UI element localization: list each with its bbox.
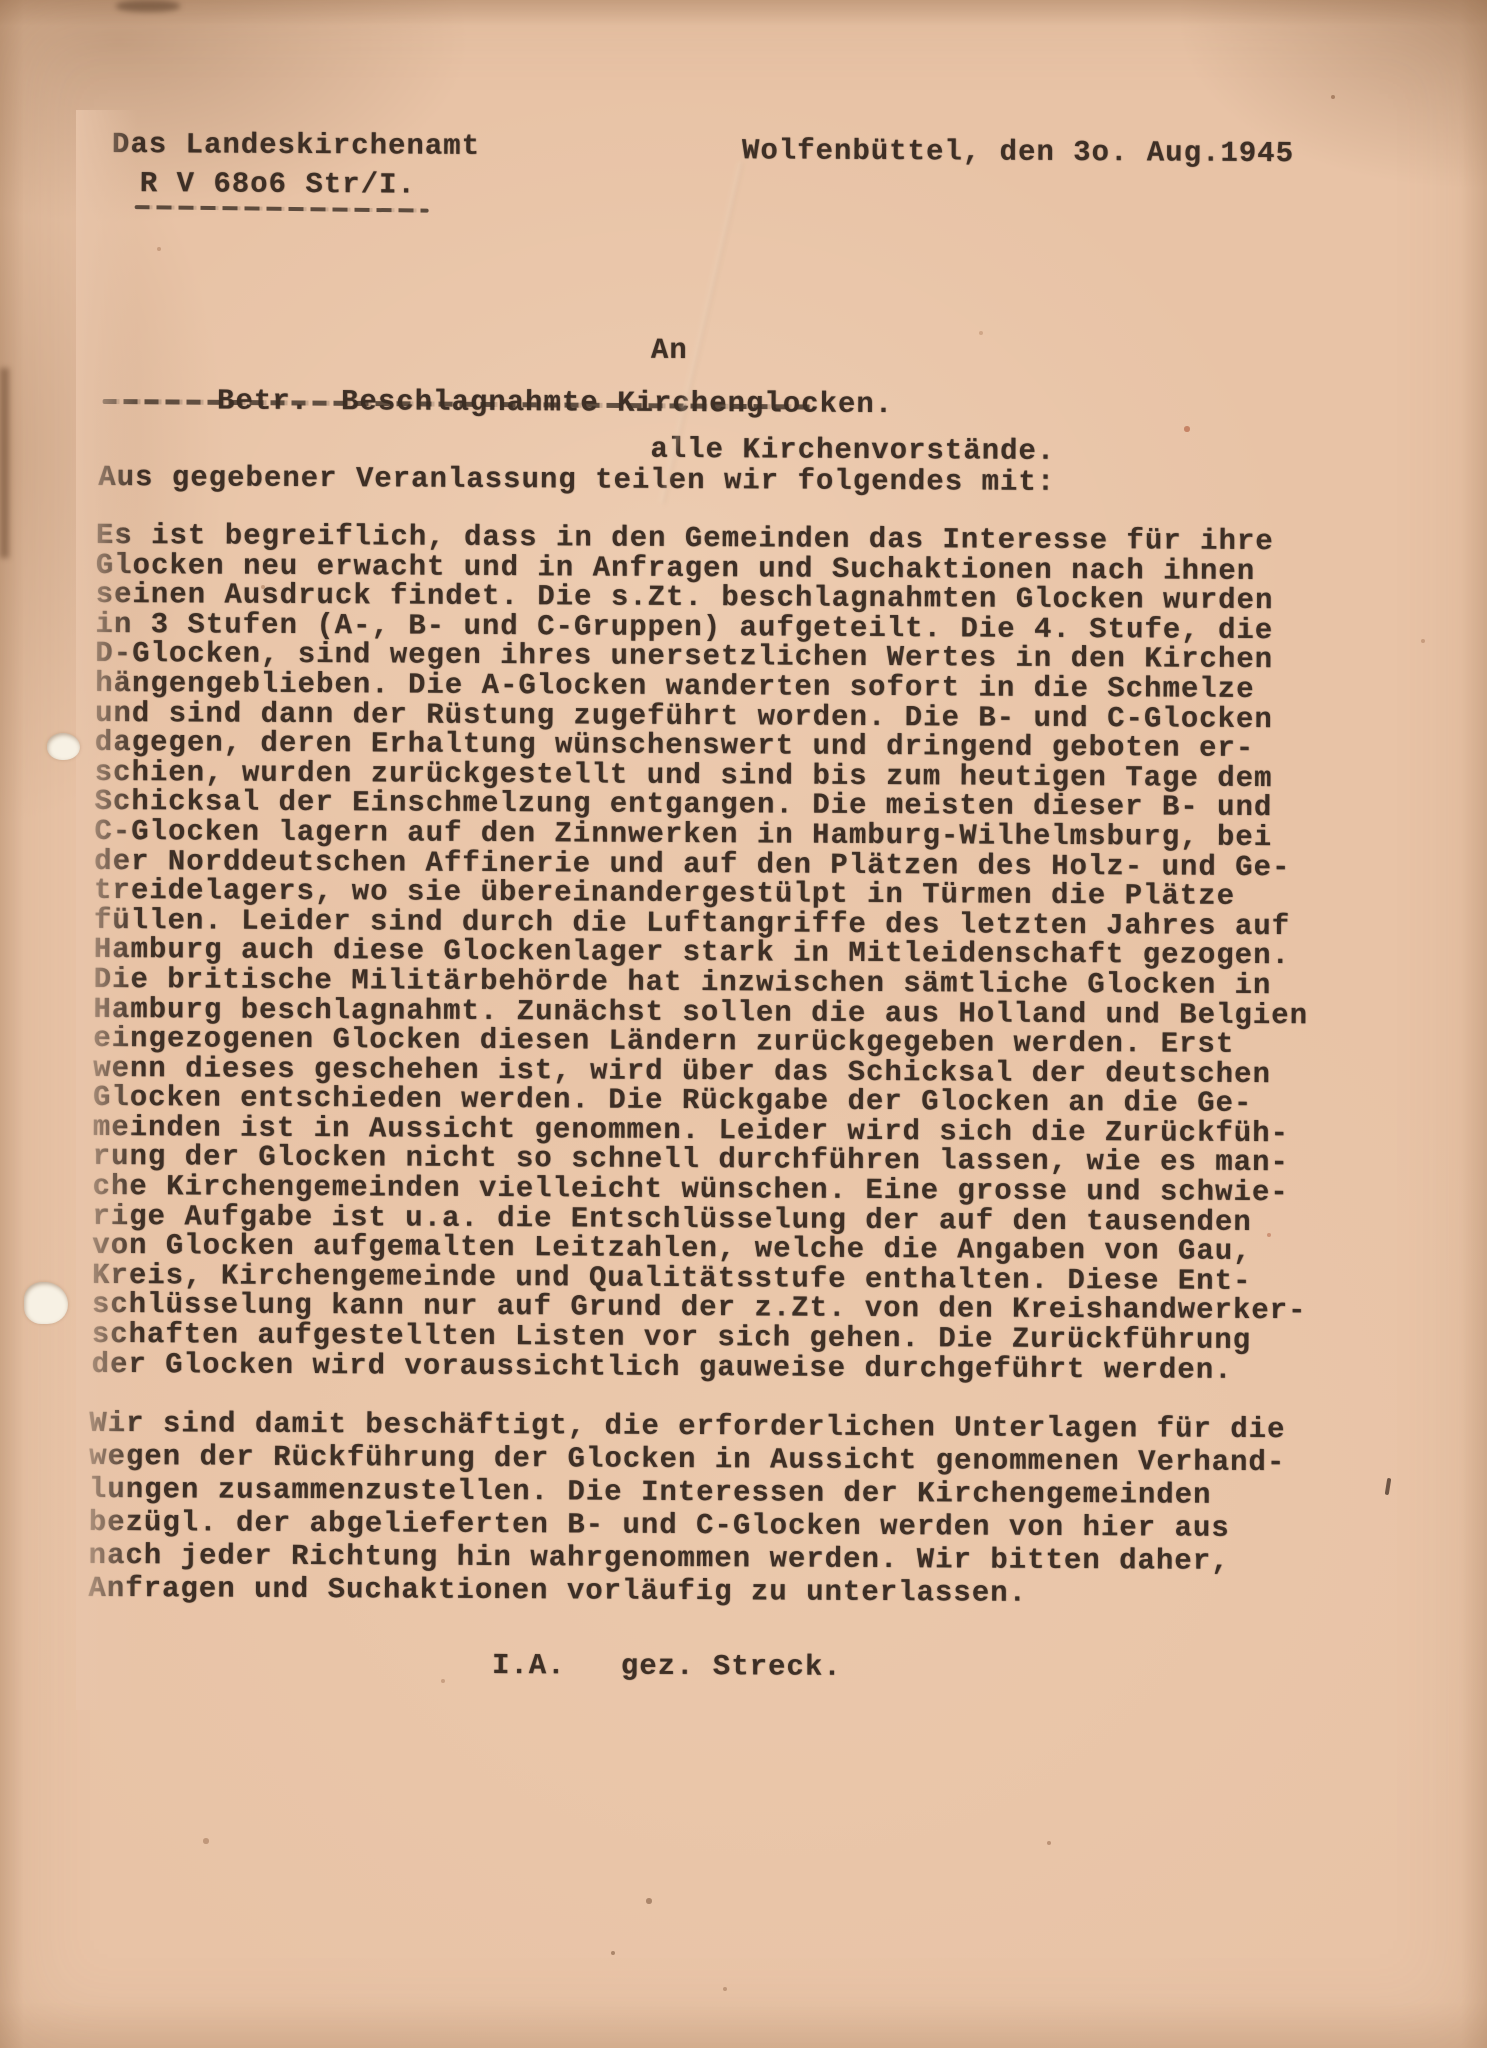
sender-name: Das Landeskirchenamt [112,128,480,163]
signature-line: I.A. gez. Streck. [492,1649,842,1684]
body-paragraph-2: Wir sind damit beschäftigt, die erforder… [88,1407,1285,1611]
top-edge-smudge [116,0,180,12]
intro-line: Aus gegebener Veranlassung teilen wir fo… [98,461,1055,499]
paper-specks [0,0,2,2]
reference-underline [135,205,429,213]
dateline: Wolfenbüttel, den 3o. Aug.1945 [742,134,1294,170]
scanned-letter-page: Das Landeskirchenamt R V 68o6 Str/I. Wol… [0,0,1487,2048]
left-edge-shadow [0,368,9,558]
reference-number: R V 68o6 Str/I. [140,167,416,201]
body-paragraph-1: Es ist begreiflich, dass in den Gemeinde… [92,521,1311,1386]
punch-hole-top [47,733,80,760]
punch-hole-bottom [24,1282,68,1324]
typewritten-content: Das Landeskirchenamt R V 68o6 Str/I. Wol… [0,0,1487,2048]
